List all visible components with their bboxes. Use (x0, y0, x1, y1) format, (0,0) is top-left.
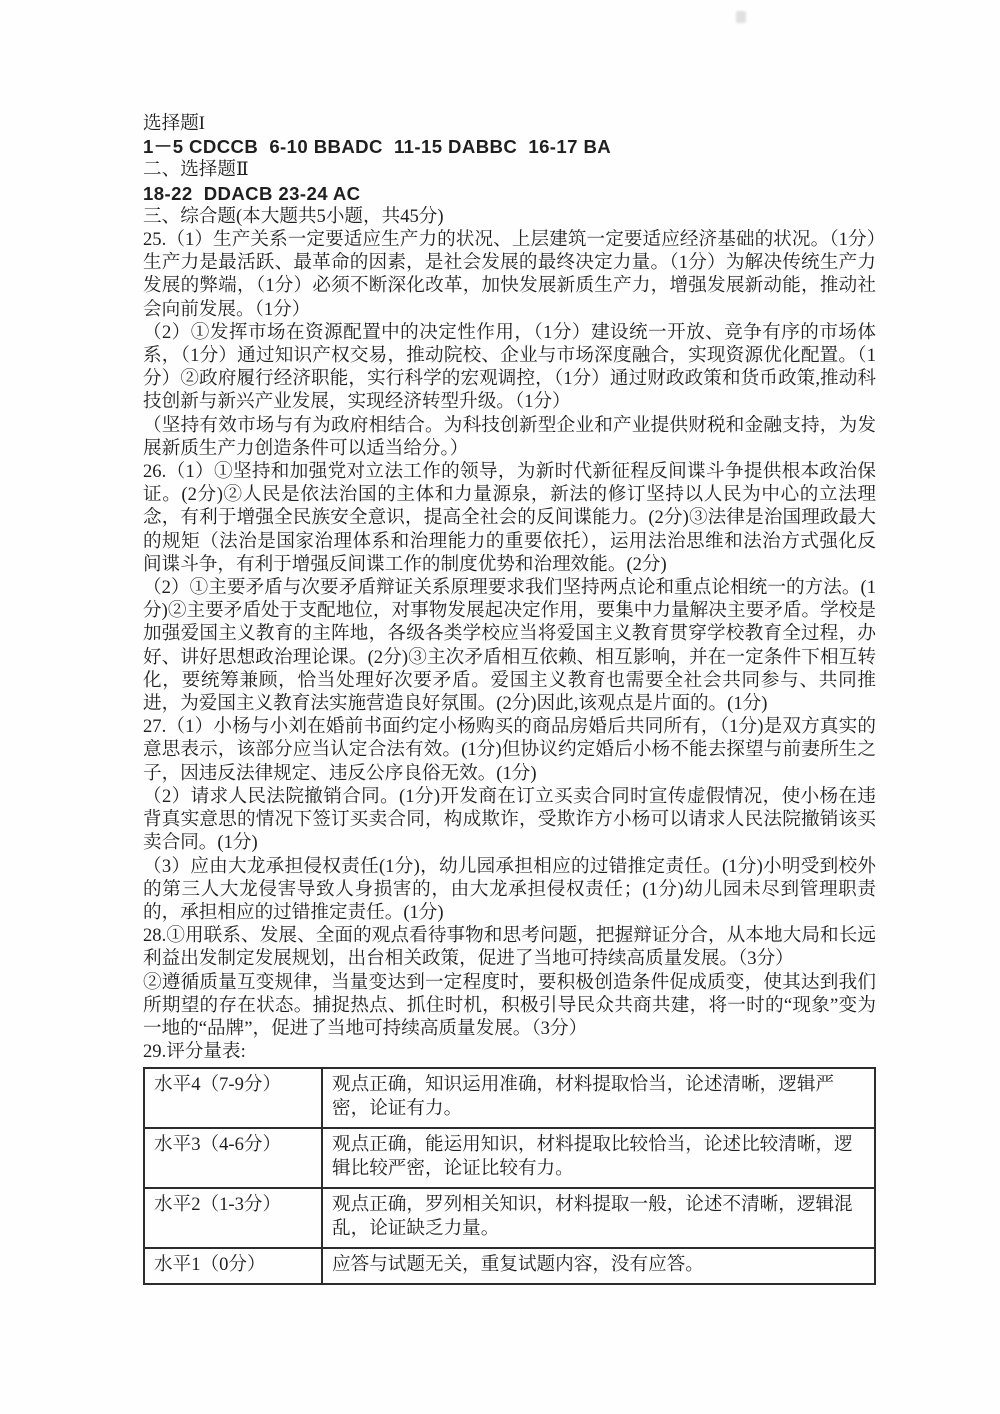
section2-answers: 18-22 DDACB 23-24 AC (143, 182, 876, 205)
rubric-level: 水平1（0分） (144, 1248, 322, 1284)
rubric-intro: 29.评分量表: (143, 1040, 876, 1063)
rubric-level: 水平3（4-6分） (144, 1128, 322, 1188)
answer-paragraph-q27-2: （2）请求人民法院撤销合同。(1分)开发商在订立买卖合同时宣传虚假情况，使小杨在… (143, 785, 876, 855)
rubric-criteria: 观点正确，知识运用准确，材料提取恰当，论述清晰，逻辑严密，论证有力。 (322, 1068, 875, 1128)
rubric-row-level2: 水平2（1-3分） 观点正确，罗列相关知识，材料提取一般，论述不清晰，逻辑混乱，… (144, 1188, 875, 1248)
answer-paragraph-q26-1: 26.（1）①坚持和加强党对立法工作的领导，为新时代新征程反间谍斗争提供根本政治… (143, 460, 876, 576)
answer-paragraph-q28-1: 28.①用联系、发展、全面的观点看待事物和思考问题，把握辩证分合，从本地大局和长… (143, 924, 876, 970)
rubric-level: 水平4（7-9分） (144, 1068, 322, 1128)
page-smudge-mark (736, 11, 746, 23)
section1-answers: 1－5 CDCCB 6-10 BBADC 11-15 DABBC 16-17 B… (143, 135, 876, 158)
rubric-row-level3: 水平3（4-6分） 观点正确，能运用知识，材料提取比较恰当，论述比较清晰，逻辑比… (144, 1128, 875, 1188)
rubric-level: 水平2（1-3分） (144, 1188, 322, 1248)
rubric-criteria: 观点正确，能运用知识，材料提取比较恰当，论述比较清晰，逻辑比较严密，论证比较有力… (322, 1128, 875, 1188)
rubric-row-level1: 水平1（0分） 应答与试题无关，重复试题内容，没有应答。 (144, 1248, 875, 1284)
answer-paragraph-q27-3: （3）应由大龙承担侵权责任(1分)，幼儿园承担相应的过错推定责任。(1分)小明受… (143, 855, 876, 925)
answer-paragraph-q26-2: （2）①主要矛盾与次要矛盾辩证关系原理要求我们坚持两点论和重点论相统一的方法。(… (143, 576, 876, 715)
section3-title: 三、综合题(本大题共5小题，共45分) (143, 205, 876, 228)
answer-paragraph-q25-1: 25.（1）生产关系一定要适应生产力的状况、上层建筑一定要适应经济基础的状况。（… (143, 228, 876, 321)
rubric-row-level4: 水平4（7-9分） 观点正确，知识运用准确，材料提取恰当，论述清晰，逻辑严密，论… (144, 1068, 875, 1128)
rubric-table: 水平4（7-9分） 观点正确，知识运用准确，材料提取恰当，论述清晰，逻辑严密，论… (143, 1067, 876, 1285)
rubric-criteria: 观点正确，罗列相关知识，材料提取一般，论述不清晰，逻辑混乱，论证缺乏力量。 (322, 1188, 875, 1248)
answer-paragraph-q25-note: （坚持有效市场与有为政府相结合。为科技创新型企业和产业提供财税和金融支持，为发展… (143, 414, 876, 460)
section1-title: 选择题I (143, 112, 876, 135)
answer-key-content: 选择题I 1－5 CDCCB 6-10 BBADC 11-15 DABBC 16… (143, 112, 876, 1285)
section2-title: 二、选择题Ⅱ (143, 158, 876, 181)
answer-key-page: 选择题I 1－5 CDCCB 6-10 BBADC 11-15 DABBC 16… (0, 0, 1000, 1414)
answer-paragraph-q28-2: ②遵循质量互变规律，当量变达到一定程度时，要积极创造条件促成质变，使其达到我们所… (143, 971, 876, 1041)
rubric-criteria: 应答与试题无关，重复试题内容，没有应答。 (322, 1248, 875, 1284)
answer-paragraph-q27-1: 27.（1）小杨与小刘在婚前书面约定小杨购买的商品房婚后共同所有，（1分)是双方… (143, 715, 876, 785)
answer-paragraph-q25-2: （2）①发挥市场在资源配置中的决定性作用，（1分）建设统一开放、竞争有序的市场体… (143, 321, 876, 414)
